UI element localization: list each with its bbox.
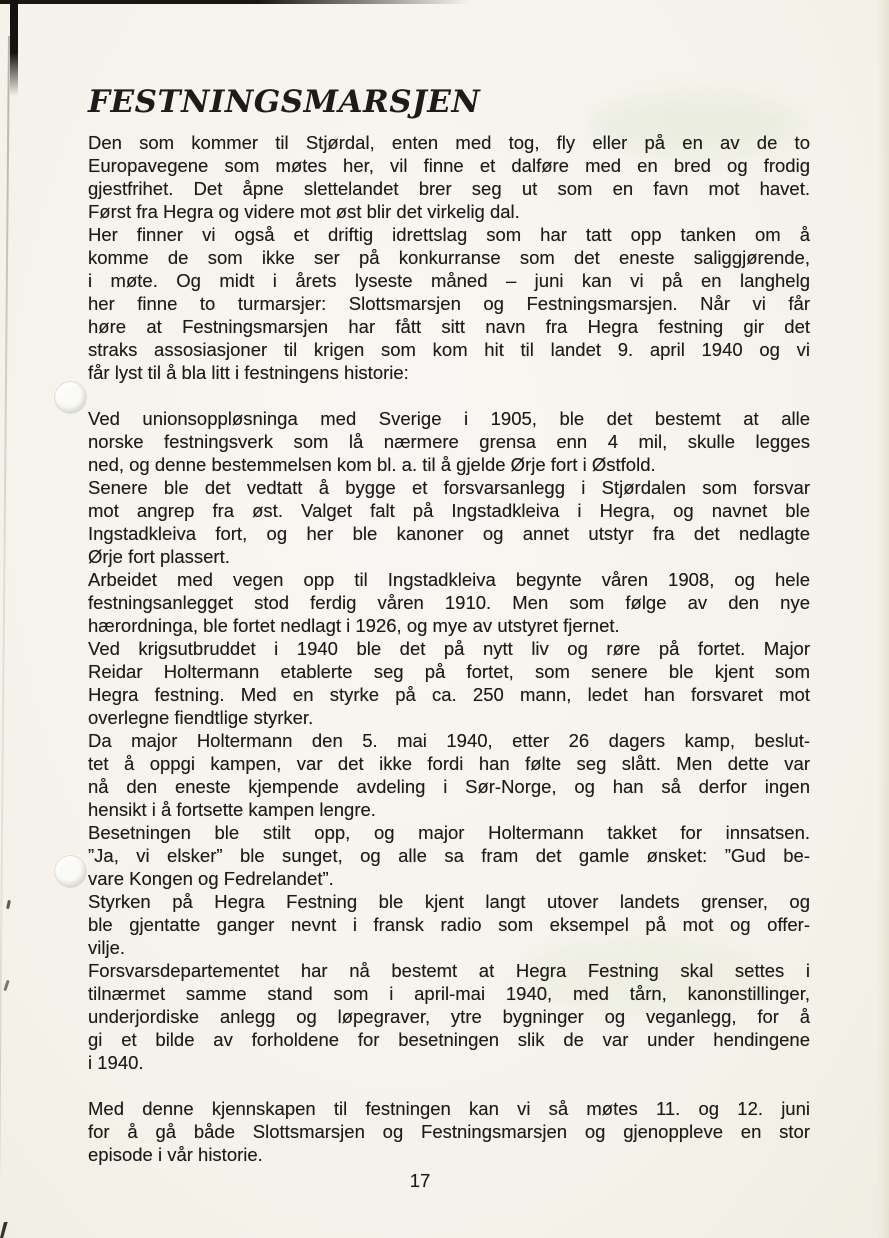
text-line: episode i vår historie.: [88, 1143, 810, 1166]
text-line: tet å oppgi kampen, var det ikke fordi h…: [88, 752, 810, 775]
text-line: Den som kommer til Stjørdal, enten med t…: [88, 131, 810, 154]
text-line: straks assosiasjoner til krigen som kom …: [88, 338, 810, 361]
text-line: Arbeidet med vegen opp til Ingstadkleiva…: [88, 568, 810, 591]
text-line: nå den eneste kjempende avdeling i Sør-N…: [88, 775, 810, 798]
text-line: festningsanlegget stod ferdig våren 1910…: [88, 591, 810, 614]
paragraph: Arbeidet med vegen opp til Ingstadkleiva…: [88, 568, 810, 637]
text-line: Med denne kjennskapen til festningen kan…: [88, 1097, 810, 1120]
scanned-book-page: FESTNINGSMARSJEN Den som kommer til Stjø…: [0, 0, 889, 1238]
text-line: tilnærmet samme stand som i april-mai 19…: [88, 982, 810, 1005]
paragraph: Da major Holtermann den 5. mai 1940, ett…: [88, 729, 810, 821]
text-line: ble gjentatte ganger nevnt i fransk radi…: [88, 913, 810, 936]
page-content: FESTNINGSMARSJEN Den som kommer til Stjø…: [88, 84, 810, 1192]
scan-top-edge-artifact: [0, 0, 470, 4]
paragraph: Besetningen ble stilt opp, og major Holt…: [88, 821, 810, 890]
scan-corner-mark-artifact: [0, 1222, 14, 1238]
scan-margin-mark-artifact: [6, 900, 11, 909]
text-line: gi et bilde av forholdene for besetninge…: [88, 1028, 810, 1051]
text-line: norske festningsverk som lå nærmere gren…: [88, 430, 810, 453]
text-line: Først fra Hegra og videre mot øst blir d…: [88, 200, 810, 223]
text-line: for å gå både Slottsmarsjen og Festnings…: [88, 1120, 810, 1143]
paragraph: Ved krigsutbruddet i 1940 ble det på nyt…: [88, 637, 810, 729]
text-line: Ingstadkleiva fort, og her ble kanoner o…: [88, 522, 810, 545]
text-line: i 1940.: [88, 1051, 810, 1074]
paragraph: Styrken på Hegra Festning ble kjent lang…: [88, 890, 810, 959]
text-line: Hegra festning. Med en styrke på ca. 250…: [88, 683, 810, 706]
paragraph: Senere ble det vedtatt å bygge et forsva…: [88, 476, 810, 568]
paragraph: Forsvarsdepartementet har nå bestemt at …: [88, 959, 810, 1074]
text-line: i møte. Og midt i årets lyseste måned – …: [88, 269, 810, 292]
text-line: Reidar Holtermann etablerte seg på forte…: [88, 660, 810, 683]
text-line: Ved krigsutbruddet i 1940 ble det på nyt…: [88, 637, 810, 660]
text-line: vare Kongen og Fedrelandet”.: [88, 867, 810, 890]
paragraph: Her finner vi også et driftig idrettslag…: [88, 223, 810, 384]
text-line: Senere ble det vedtatt å bygge et forsva…: [88, 476, 810, 499]
scan-spine-bar-artifact: [10, 0, 18, 96]
text-line: hensikt i å fortsette kampen lengre.: [88, 798, 810, 821]
text-line: vilje.: [88, 936, 810, 959]
article-title: FESTNINGSMARSJEN: [88, 84, 810, 120]
scan-margin-mark-artifact: [3, 980, 9, 991]
text-line: gjestfrihet. Det åpne slettelandet brer …: [88, 177, 810, 200]
text-line: hærordninga, ble fortet nedlagt i 1926, …: [88, 614, 810, 637]
text-line: Forsvarsdepartementet har nå bestemt at …: [88, 959, 810, 982]
paragraph: Med denne kjennskapen til festningen kan…: [88, 1097, 810, 1166]
hole-punch: [54, 381, 87, 414]
text-line: underjordiske anlegg og løpegraver, ytre…: [88, 1005, 810, 1028]
paragraph: Den som kommer til Stjørdal, enten med t…: [88, 131, 810, 223]
text-line: Europavegene som møtes her, vil finne et…: [88, 154, 810, 177]
paragraph: Ved unionsoppløsninga med Sverige i 1905…: [88, 407, 810, 476]
text-line: høre at Festningsmarsjen har fått sitt n…: [88, 315, 810, 338]
scan-spine-line-artifact: [0, 36, 10, 1226]
text-line: komme de som ikke ser på konkurranse som…: [88, 246, 810, 269]
text-line: mot angrep fra øst. Valget falt på Ingst…: [88, 499, 810, 522]
text-line: Besetningen ble stilt opp, og major Holt…: [88, 821, 810, 844]
page-number: 17: [59, 1169, 781, 1192]
text-line: Ørje fort plassert.: [88, 545, 810, 568]
text-line: overlegne fiendtlige styrker.: [88, 706, 810, 729]
body-text: Den som kommer til Stjørdal, enten med t…: [88, 131, 810, 1166]
text-line: ned, og denne bestemmelsen kom bl. a. ti…: [88, 453, 810, 476]
text-line: Styrken på Hegra Festning ble kjent lang…: [88, 890, 810, 913]
text-line: får lyst til å bla litt i festningens hi…: [88, 361, 810, 384]
text-line: Ved unionsoppløsninga med Sverige i 1905…: [88, 407, 810, 430]
hole-punch: [54, 855, 87, 888]
text-line: Da major Holtermann den 5. mai 1940, ett…: [88, 729, 810, 752]
text-line: her finne to turmarsjer: Slottsmarsjen o…: [88, 292, 810, 315]
text-line: ”Ja, vi elsker” ble sunget, og alle sa f…: [88, 844, 810, 867]
text-line: Her finner vi også et driftig idrettslag…: [88, 223, 810, 246]
scan-right-edge-shading: [877, 0, 889, 1238]
